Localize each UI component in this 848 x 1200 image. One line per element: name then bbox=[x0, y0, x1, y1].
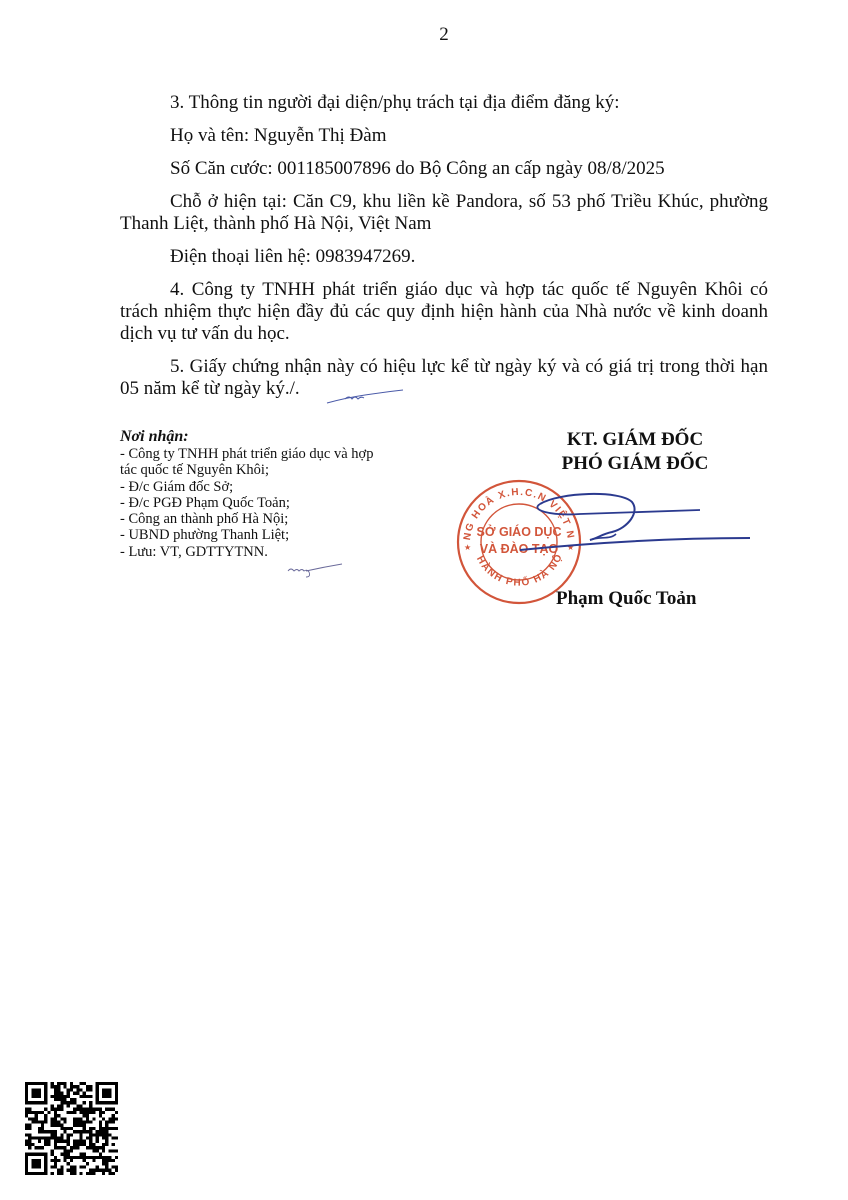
initials-mark-icon bbox=[325, 388, 405, 406]
recipients-block: Nơi nhận: - Công ty TNHH phát triển giáo… bbox=[120, 428, 380, 560]
signer-line-1: KT. GIÁM ĐỐC bbox=[515, 428, 755, 452]
signer-name: Phạm Quốc Toản bbox=[556, 588, 696, 610]
recipients-title: Nơi nhận: bbox=[120, 428, 380, 446]
recipient-item: - UBND phường Thanh Liệt; bbox=[120, 527, 380, 543]
svg-text:★: ★ bbox=[464, 543, 471, 552]
signer-line-2: PHÓ GIÁM ĐỐC bbox=[515, 452, 755, 476]
representative-residence: Chỗ ở hiện tại: Căn C9, khu liền kề Pand… bbox=[120, 191, 768, 235]
document-body: 3. Thông tin người đại diện/phụ trách tạ… bbox=[120, 92, 768, 411]
initials-mark-icon bbox=[284, 562, 344, 578]
item-4-text: 4. Công ty TNHH phát triển giáo dục và h… bbox=[120, 279, 768, 345]
signer-title: KT. GIÁM ĐỐC PHÓ GIÁM ĐỐC bbox=[515, 428, 755, 476]
recipient-item: - Đ/c PGĐ Phạm Quốc Toản; bbox=[120, 495, 380, 511]
representative-name: Họ và tên: Nguyễn Thị Đàm bbox=[120, 125, 768, 147]
item-3-heading: 3. Thông tin người đại diện/phụ trách tạ… bbox=[120, 92, 768, 114]
recipient-item: - Công an thành phố Hà Nội; bbox=[120, 511, 380, 527]
recipient-item: - Đ/c Giám đốc Sở; bbox=[120, 479, 380, 495]
page-number: 2 bbox=[0, 24, 848, 46]
recipient-item: - Lưu: VT, GDTTYTNN. bbox=[120, 544, 380, 560]
qr-code-icon[interactable] bbox=[25, 1082, 118, 1175]
representative-phone: Điện thoại liên hệ: 0983947269. bbox=[120, 246, 768, 268]
item-5-text: 5. Giấy chứng nhận này có hiệu lực kể từ… bbox=[120, 356, 768, 400]
signature-icon bbox=[520, 488, 760, 558]
representative-id-card: Số Căn cước: 001185007896 do Bộ Công an … bbox=[120, 158, 768, 180]
recipient-item: - Công ty TNHH phát triển giáo dục và hợ… bbox=[120, 446, 380, 479]
